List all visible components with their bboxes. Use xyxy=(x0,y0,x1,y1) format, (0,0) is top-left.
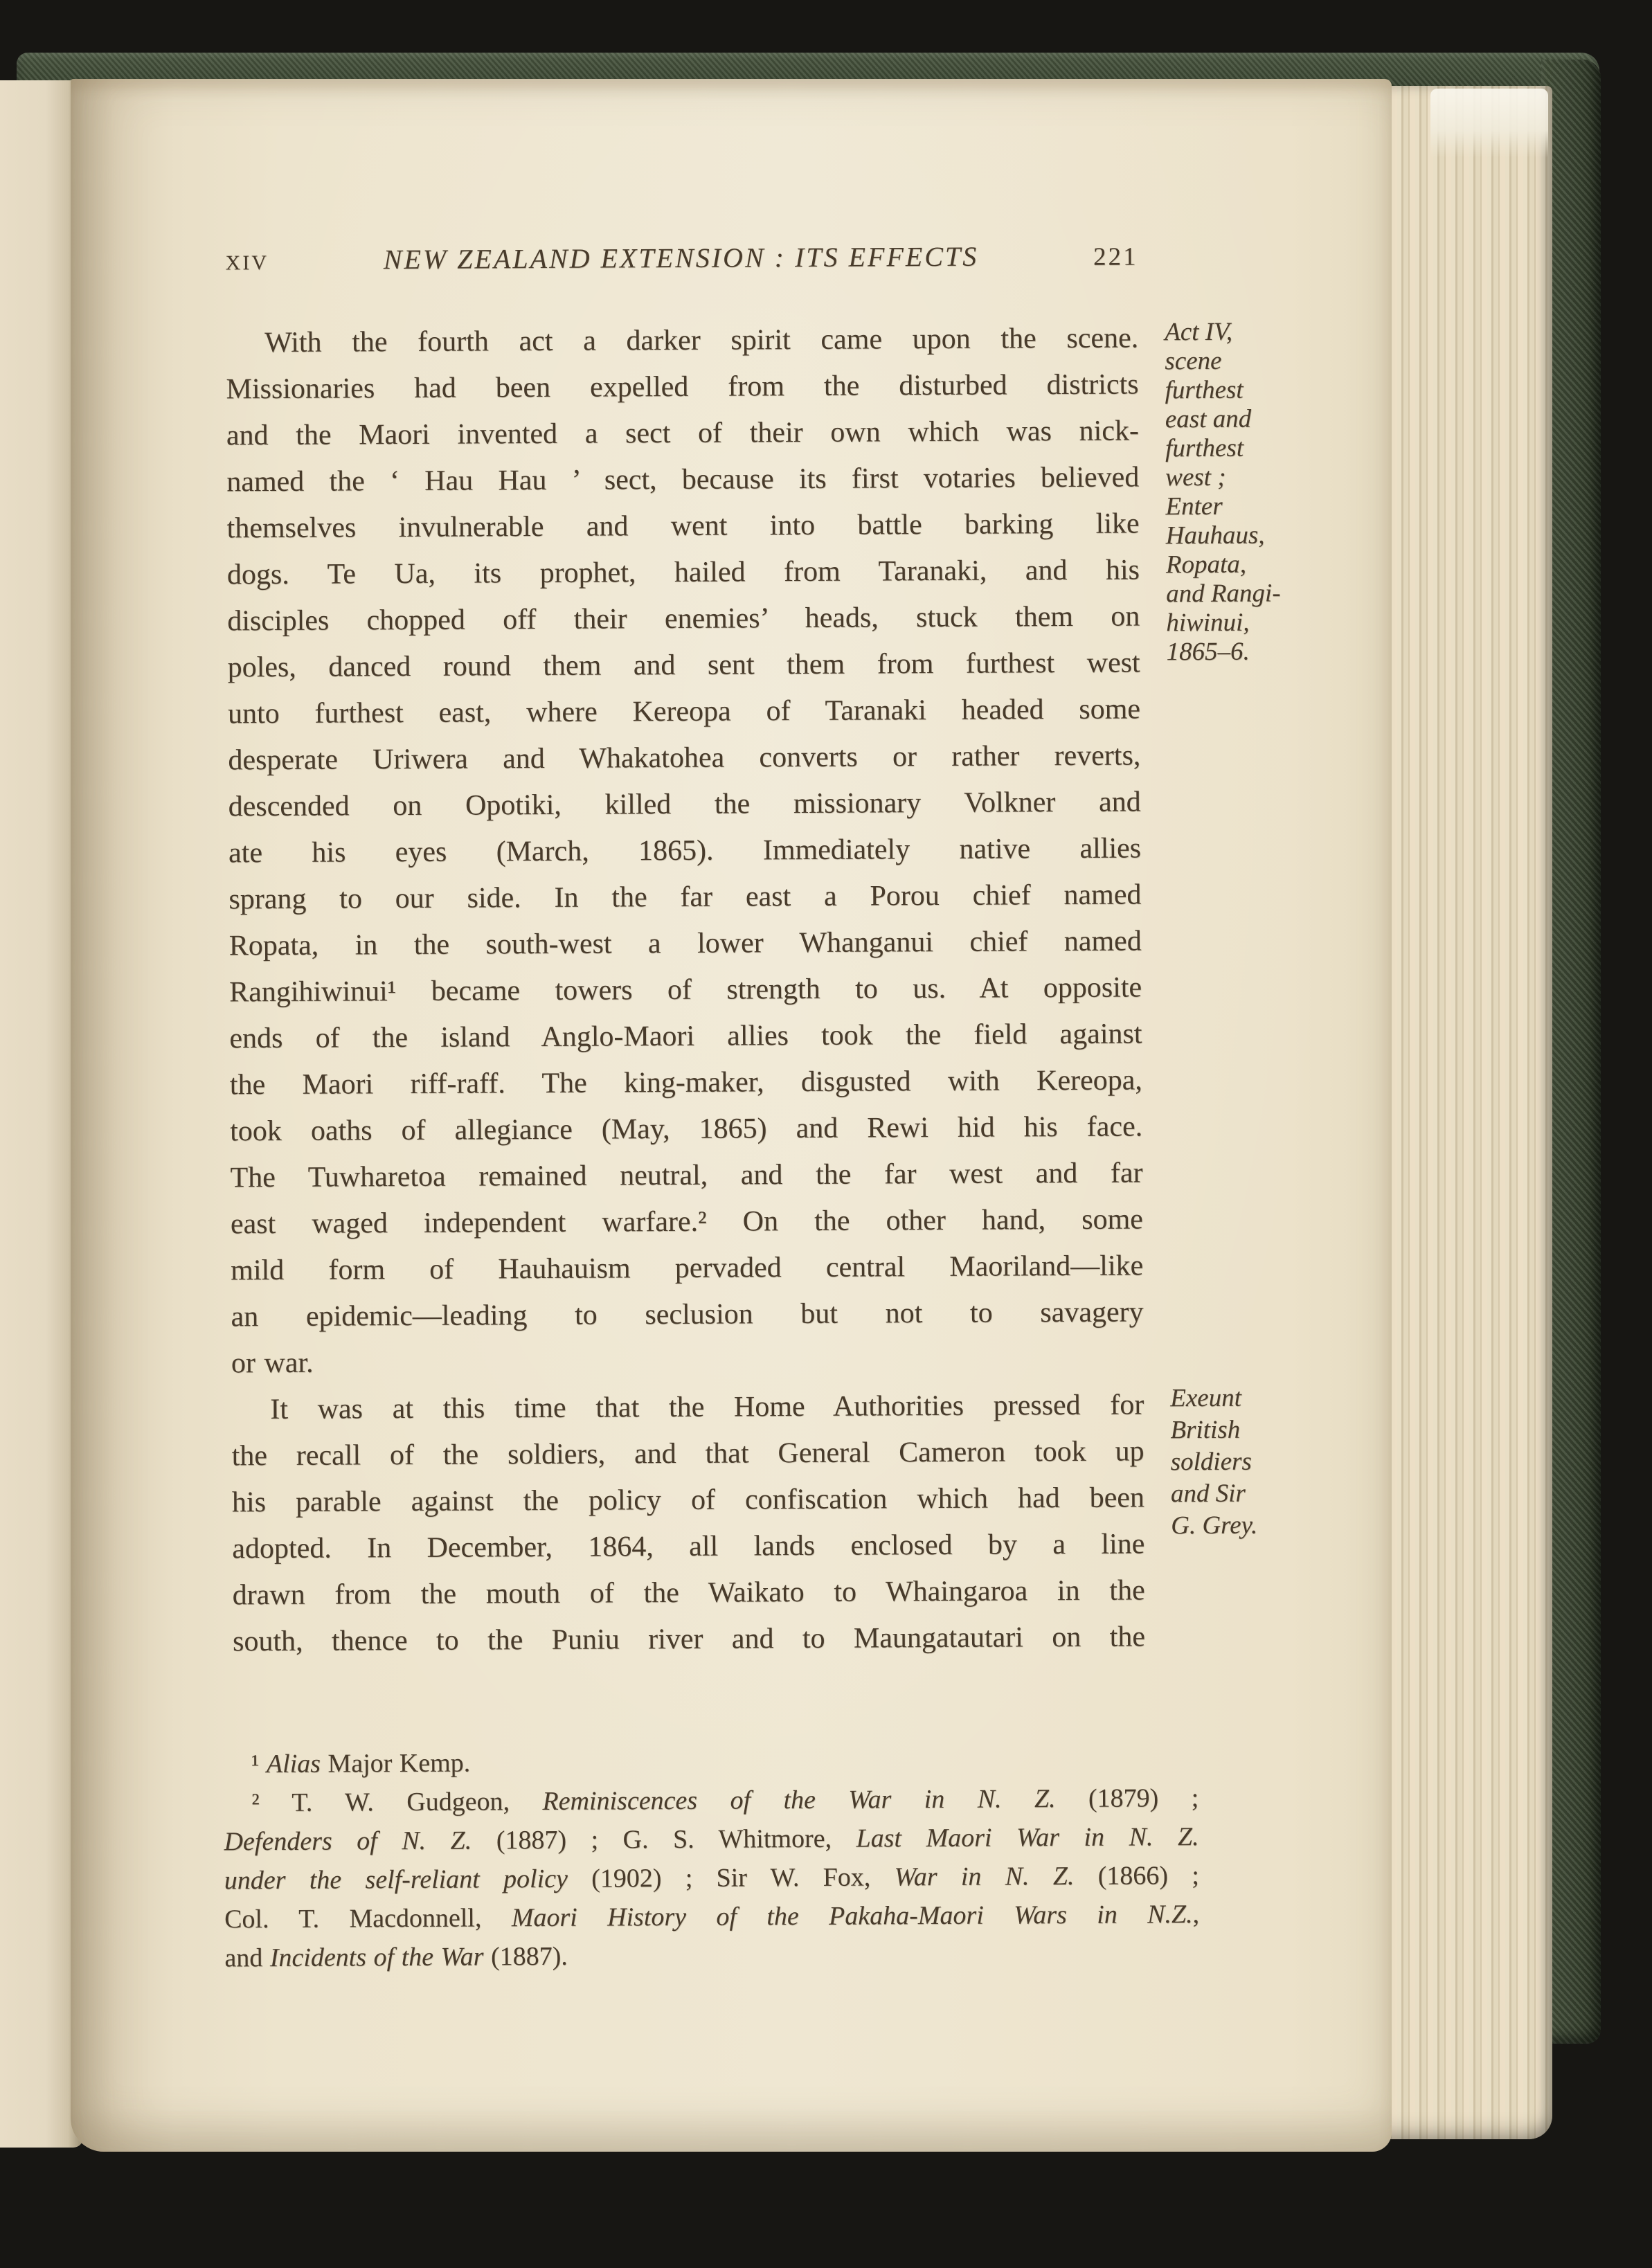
body-line: the Maori riff-raff. The king-maker, dis… xyxy=(230,1057,1142,1108)
footnote-line: and Incidents of the War (1887). xyxy=(224,1934,1199,1977)
footnote-text: ² T. W. Gudgeon, xyxy=(251,1787,542,1817)
body-line: With the fourth act a darker spirit came… xyxy=(226,315,1138,366)
body-line: the recall of the soldiers, and that Gen… xyxy=(231,1428,1144,1479)
body-line: named the ‘ Hau Hau ’ sect, because its … xyxy=(226,454,1139,505)
body-line: ate his eyes (March, 1865). Immediately … xyxy=(228,825,1141,876)
margin-note-line: Exeunt xyxy=(1170,1382,1385,1415)
margin-note-line: east and xyxy=(1165,404,1380,435)
footnote-text: (1887). xyxy=(483,1942,568,1972)
footnote-line: under the self-reliant policy (1902) ; S… xyxy=(224,1856,1199,1900)
body-line: disciples chopped off their enemies’ hea… xyxy=(227,593,1140,645)
footnote-line: ² T. W. Gudgeon, Reminiscences of the Wa… xyxy=(224,1779,1198,1822)
footnote-line: Defenders of N. Z. (1887) ; G. S. Whitmo… xyxy=(224,1817,1198,1861)
body-line: ends of the island Anglo-Maori allies to… xyxy=(229,1011,1142,1062)
body-line: unto furthest east, where Kereopa of Tar… xyxy=(228,686,1140,737)
chapter-number: XIV xyxy=(226,251,269,275)
margin-note-line: scene xyxy=(1165,346,1379,377)
body-line: drawn from the mouth of the Waikato to W… xyxy=(233,1567,1145,1619)
margin-note-line: and Rangi- xyxy=(1166,579,1381,609)
body-line: an epidemic—leading to seclusion but not… xyxy=(231,1289,1143,1340)
body-line: adopted. In December, 1864, all lands en… xyxy=(232,1521,1144,1572)
page-title: NEW ZEALAND EXTENSION : ITS EFFECTS xyxy=(269,240,1093,276)
footnote-italic-title: Maori History of the Pakaha-Maori Wars i… xyxy=(512,1900,1193,1932)
margin-note-line: and Sir xyxy=(1171,1477,1385,1511)
body-line: Missionaries had been expelled from the … xyxy=(226,361,1138,413)
footnote-text: Major Kemp. xyxy=(321,1749,470,1779)
footnote-italic-title: Reminiscences of the War in N. Z. xyxy=(542,1784,1055,1816)
margin-note-line: Hauhaus, xyxy=(1166,521,1381,551)
body-line: It was at this time that the Home Author… xyxy=(231,1382,1144,1433)
footnote-text: (1879) ; xyxy=(1055,1783,1198,1813)
footnote-text: ¹ xyxy=(251,1749,267,1779)
footnote-line: ¹ Alias Major Kemp. xyxy=(224,1740,1198,1783)
footnote-text: (1887) ; G. S. Whitmore, xyxy=(472,1824,856,1855)
body-line: mild form of Hauhauism pervaded central … xyxy=(231,1243,1143,1294)
margin-note-line: soldiers xyxy=(1171,1446,1385,1479)
footnote-italic-title: Defenders of N. Z. xyxy=(224,1826,472,1857)
body-line: took oaths of allegiance (May, 1865) and… xyxy=(230,1104,1142,1155)
margin-note-line: Enter xyxy=(1165,492,1380,522)
body-line: his parable against the policy of confis… xyxy=(232,1475,1144,1526)
margin-note-line: G. Grey. xyxy=(1171,1509,1385,1542)
body-line: east waged independent warfare.² On the … xyxy=(231,1196,1143,1248)
margin-note-line: hiwinui, xyxy=(1166,608,1381,638)
margin-note-act-iv: Act IV,scenefurthesteast andfurthestwest… xyxy=(1165,317,1381,667)
footnote-text: and xyxy=(224,1943,270,1972)
body-line: descended on Opotiki, killed the mission… xyxy=(228,779,1141,830)
footnote-italic-title: Incidents of the War xyxy=(270,1942,484,1972)
footnote-text: (1866) ; xyxy=(1074,1861,1199,1891)
body-line: south, thence to the Puniu river and to … xyxy=(233,1614,1145,1665)
body-line: poles, danced round them and sent them f… xyxy=(227,640,1140,691)
footnote-italic-title: under the self-reliant policy xyxy=(224,1864,568,1896)
body-line: The Tuwharetoa remained neutral, and the… xyxy=(230,1150,1142,1201)
body-line: Rangihiwinui¹ became towers of strength … xyxy=(229,964,1142,1016)
footnote-text: , xyxy=(1192,1900,1199,1929)
footnote-text: Col. T. Macdonnell, xyxy=(224,1903,512,1934)
margin-note-line: furthest xyxy=(1165,433,1380,464)
body-line: or war. xyxy=(231,1335,1144,1387)
margin-note-line: 1865–6. xyxy=(1166,637,1381,667)
page-number: 221 xyxy=(1093,242,1138,271)
body-text: With the fourth act a darker spirit came… xyxy=(226,315,1145,1665)
book-photograph: XIV NEW ZEALAND EXTENSION : ITS EFFECTS … xyxy=(0,0,1652,2268)
body-line: desperate Uriwera and Whakatohea convert… xyxy=(228,732,1140,784)
margin-note-line: British xyxy=(1170,1414,1385,1447)
footnote-italic-title: Last Maori War in N. Z. xyxy=(856,1822,1198,1853)
margin-note-line: Act IV, xyxy=(1165,317,1379,348)
body-line: and the Maori invented a sect of their o… xyxy=(226,408,1139,459)
margin-note-line: west ; xyxy=(1165,462,1380,493)
footnote-italic-title: Alias xyxy=(267,1749,321,1779)
body-line: Ropata, in the south-west a lower Whanga… xyxy=(229,918,1142,969)
margin-note-line: Ropata, xyxy=(1166,550,1381,580)
body-line: dogs. Te Ua, its prophet, hailed from Ta… xyxy=(227,547,1140,598)
printed-page-content: XIV NEW ZEALAND EXTENSION : ITS EFFECTS … xyxy=(0,0,1652,2268)
footnote-italic-title: War in N. Z. xyxy=(894,1862,1074,1891)
footnote-text: (1902) ; Sir W. Fox, xyxy=(568,1862,895,1893)
margin-note-line: furthest xyxy=(1165,375,1379,406)
footnote-line: Col. T. Macdonnell, Maori History of the… xyxy=(224,1895,1199,1938)
margin-note-exeunt: ExeuntBritishsoldiersand SirG. Grey. xyxy=(1170,1382,1385,1542)
footnotes: ¹ Alias Major Kemp.² T. W. Gudgeon, Remi… xyxy=(224,1740,1200,1977)
body-line: sprang to our side. In the far east a Po… xyxy=(228,872,1141,923)
running-head: XIV NEW ZEALAND EXTENSION : ITS EFFECTS … xyxy=(225,239,1138,276)
body-line: themselves invulnerable and went into ba… xyxy=(226,501,1139,552)
